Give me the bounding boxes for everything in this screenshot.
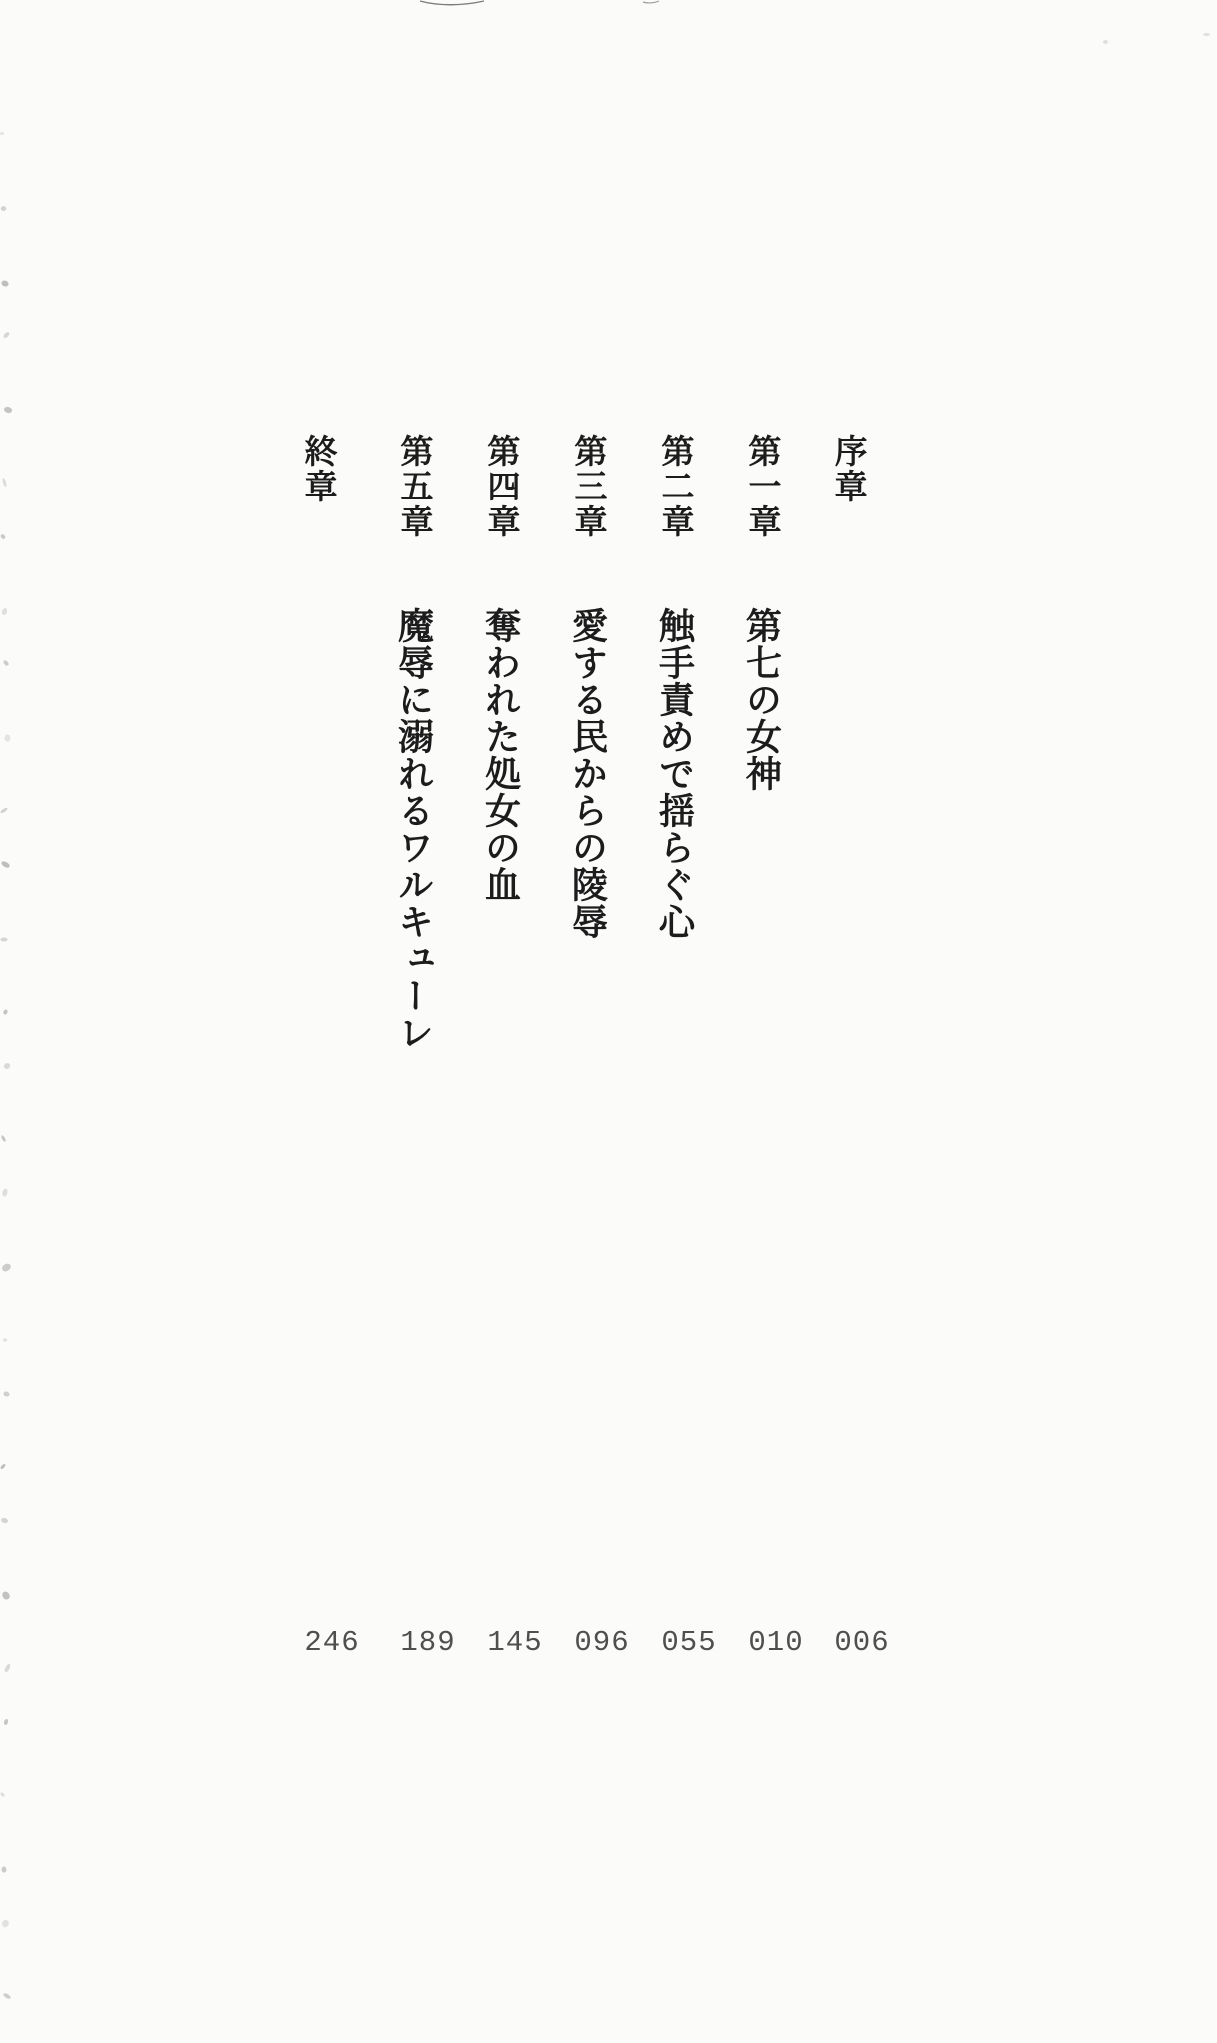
toc-entry-chapter-5: 第五章 魔辱に溺れるワルキューレ 189: [369, 0, 459, 2043]
scan-dust-speck: [1203, 33, 1210, 36]
chapter-title: 愛する民からの陵辱: [563, 607, 614, 940]
page-number: 246: [304, 1626, 359, 1659]
scan-dust-speck: [1103, 40, 1108, 44]
page-number: 055: [661, 1626, 716, 1659]
page-number: 145: [487, 1626, 542, 1659]
chapter-title: 第七の女神: [737, 607, 788, 792]
page-number: 096: [574, 1626, 629, 1659]
chapter-label: 第三章: [565, 434, 612, 539]
toc-entry-chapter-1: 第一章 第七の女神 010: [717, 0, 807, 2043]
chapter-label: 第四章: [478, 434, 525, 539]
scan-noise-left-edge: [0, 0, 14, 2043]
chapter-title: 触手責めで揺らぐ心: [650, 607, 701, 940]
chapter-title: 奪われた処女の血: [476, 607, 527, 903]
chapter-label: 第二章: [652, 434, 699, 539]
page-number: 010: [748, 1626, 803, 1659]
page-number: 006: [834, 1626, 889, 1659]
chapter-title: 魔辱に溺れるワルキューレ: [389, 607, 440, 1051]
chapter-label: 序章: [825, 434, 872, 504]
toc-entry-chapter-3: 第三章 愛する民からの陵辱 096: [543, 0, 633, 2043]
chapter-label: 終章: [295, 434, 342, 504]
toc-entry-epilogue: 終章 246: [273, 0, 363, 2043]
toc-entry-chapter-2: 第二章 触手責めで揺らぐ心 055: [630, 0, 720, 2043]
toc-entry-prologue: 序章 006: [803, 0, 893, 2043]
book-toc-page: 序章 006 第一章 第七の女神 010 第二章 触手責めで揺らぐ心 055 第…: [0, 0, 1217, 2043]
chapter-label: 第五章: [391, 434, 438, 539]
chapter-label: 第一章: [739, 434, 786, 539]
toc-entry-chapter-4: 第四章 奪われた処女の血 145: [456, 0, 546, 2043]
page-number: 189: [400, 1626, 455, 1659]
